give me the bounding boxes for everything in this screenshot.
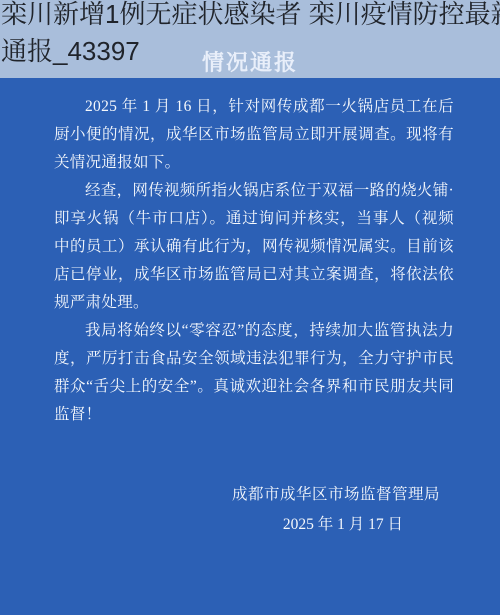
signature-date: 2025 年 1 月 17 日 — [54, 510, 454, 540]
page-title: 栾川新增1例无症状感染者 栾川疫情防控最新通报_43397 — [1, 0, 500, 70]
signature-block: 成都市成华区市场监督管理局 2025 年 1 月 17 日 — [54, 480, 454, 540]
notice-paragraph: 我局将始终以“零容忍”的态度，持续加大监管执法力度，严厉打击食品安全领域违法犯罪… — [54, 317, 454, 429]
notice-paragraph: 经查，网传视频所指火锅店系位于双福一路的烧火铺·即享火锅（牛市口店）。通过询问并… — [54, 177, 454, 317]
notice-paragraph: 2025 年 1 月 16 日，针对网传成都一火锅店员工在后厨小便的情况，成华区… — [54, 93, 454, 177]
notice-body: 2025 年 1 月 16 日，针对网传成都一火锅店员工在后厨小便的情况，成华区… — [0, 78, 500, 540]
notice-page: 栾川新增1例无症状感染者 栾川疫情防控最新通报_43397 情况通报 2025 … — [0, 0, 500, 615]
signature-org: 成都市成华区市场监督管理局 — [54, 480, 454, 510]
